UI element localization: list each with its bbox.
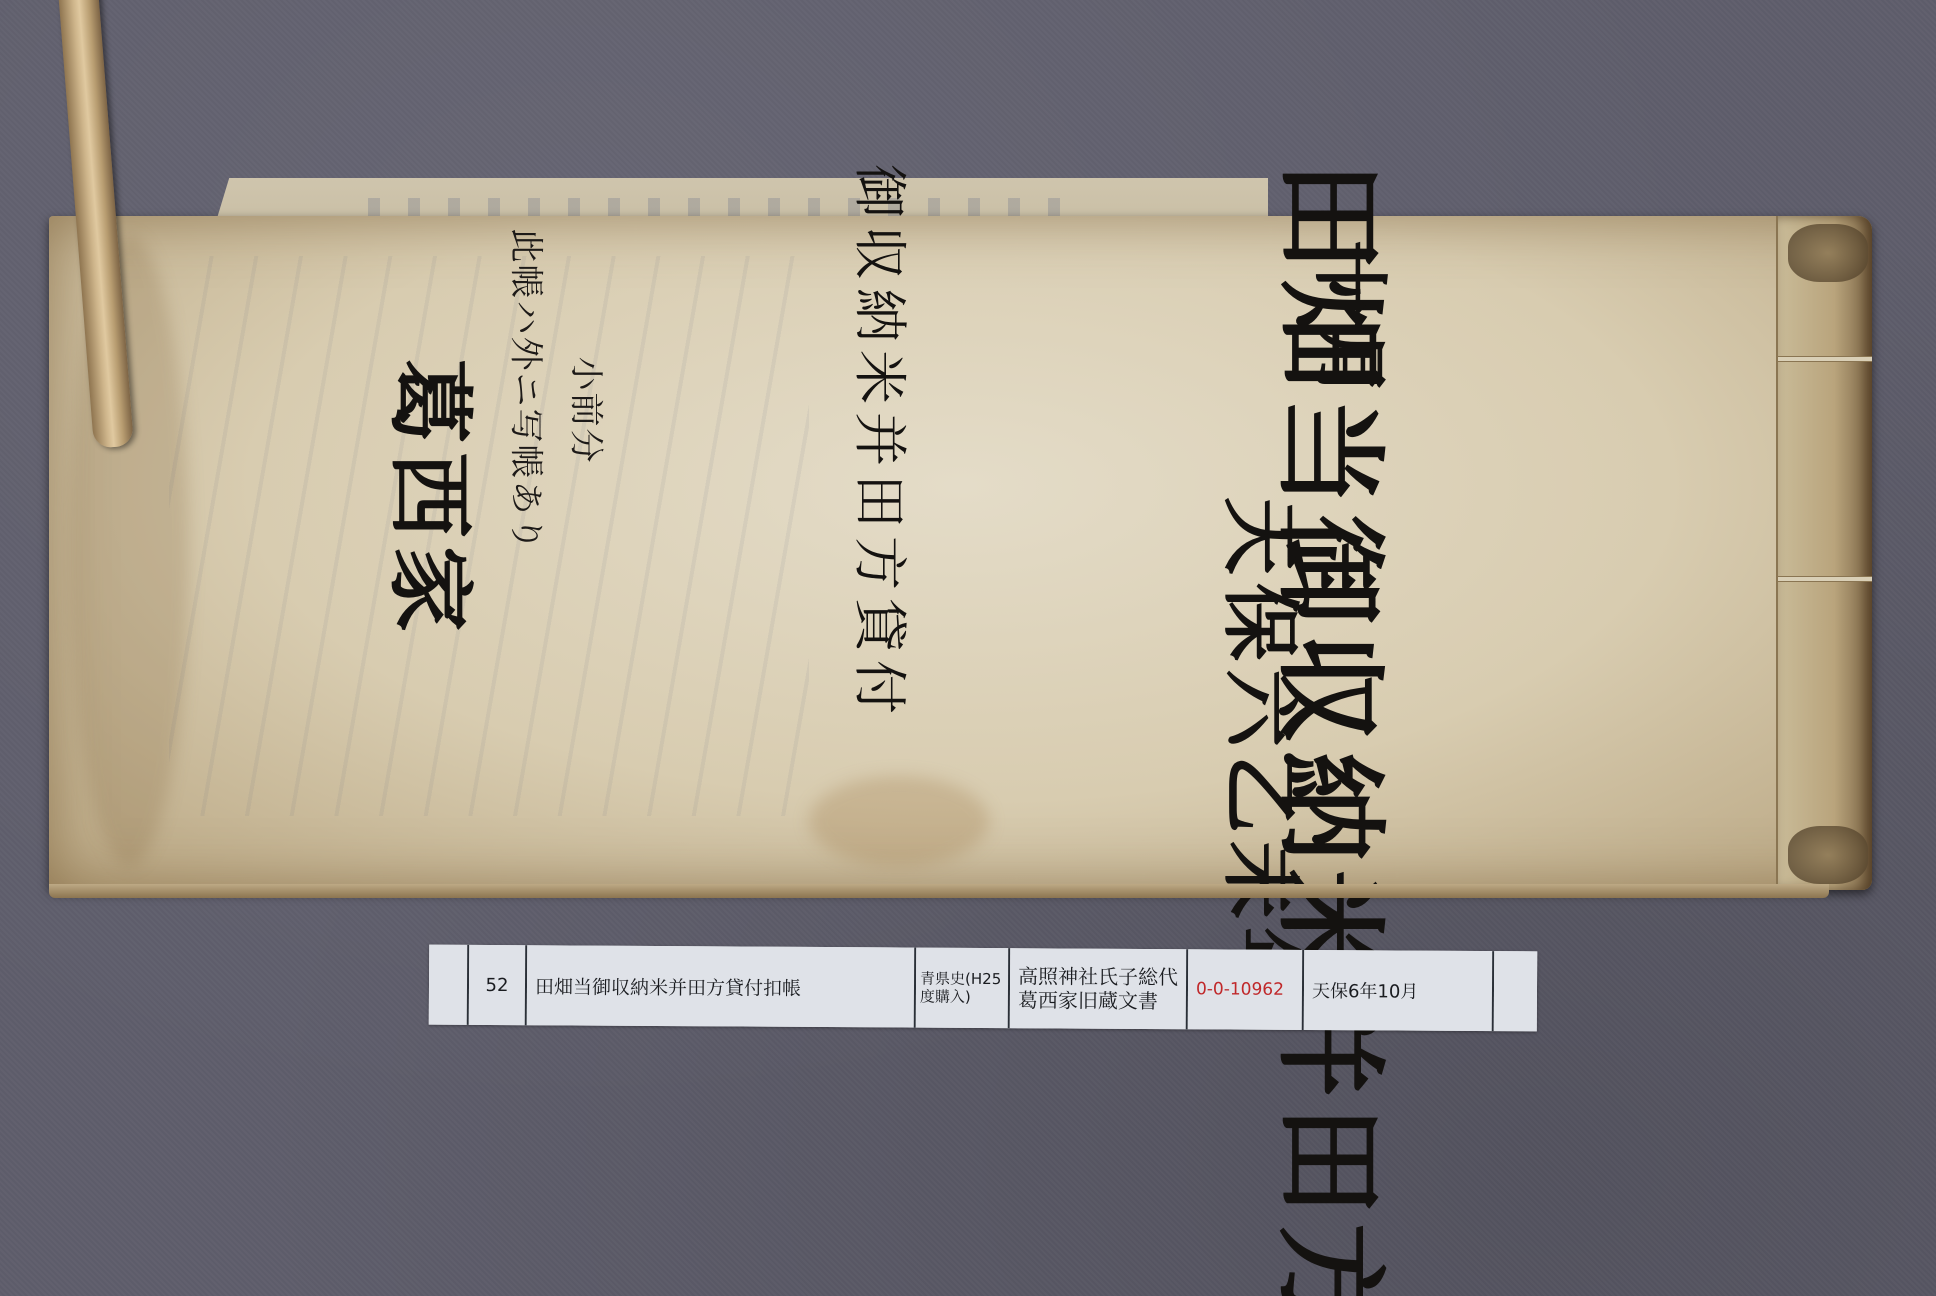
binding-stitch xyxy=(1778,576,1872,582)
book-binding xyxy=(1776,216,1872,890)
faint-back-text xyxy=(368,198,1068,218)
catalog-label: 52 田畑当御収納米并田方貸付扣帳 青県史(H25 度購入) 高照神社氏子総代 … xyxy=(429,945,1537,1032)
label-title: 田畑当御収納米并田方貸付扣帳 xyxy=(527,945,916,1027)
calligraphy-note-2: 小前分 xyxy=(565,261,614,561)
label-date: 天保6年10月 xyxy=(1304,950,1494,1031)
label-blank-cell xyxy=(1494,951,1537,1031)
calligraphy-month-line: 十月 xyxy=(1311,234,1387,414)
label-blank-cell xyxy=(429,945,469,1025)
booklet-bottom-edge xyxy=(49,884,1829,898)
calligraphy-secondary: 御収納米并田方貸付 xyxy=(852,153,906,733)
document-booklet: 田畑当御収納米并田方貸付扣帳 天保六乙未年 十月 葛西家 此帳ハ外ニ写帳あり 小… xyxy=(49,216,1872,890)
ink-bleed-through xyxy=(169,256,809,816)
water-stain xyxy=(809,776,989,866)
calligraphy-village-line: 葛西家 xyxy=(386,229,472,769)
calligraphy-note-1: 此帳ハ外ニ写帳あり xyxy=(505,161,554,621)
label-source: 青県史(H25 度購入) xyxy=(916,948,1010,1029)
label-catalog-id: 0-0-10962 xyxy=(1188,949,1304,1030)
label-number: 52 xyxy=(469,945,527,1025)
label-collection: 高照神社氏子総代 葛西家旧蔵文書 xyxy=(1010,948,1188,1029)
binding-corner-bottom xyxy=(1788,826,1868,884)
binding-stitch xyxy=(1778,356,1872,362)
binding-corner-top xyxy=(1788,224,1868,282)
